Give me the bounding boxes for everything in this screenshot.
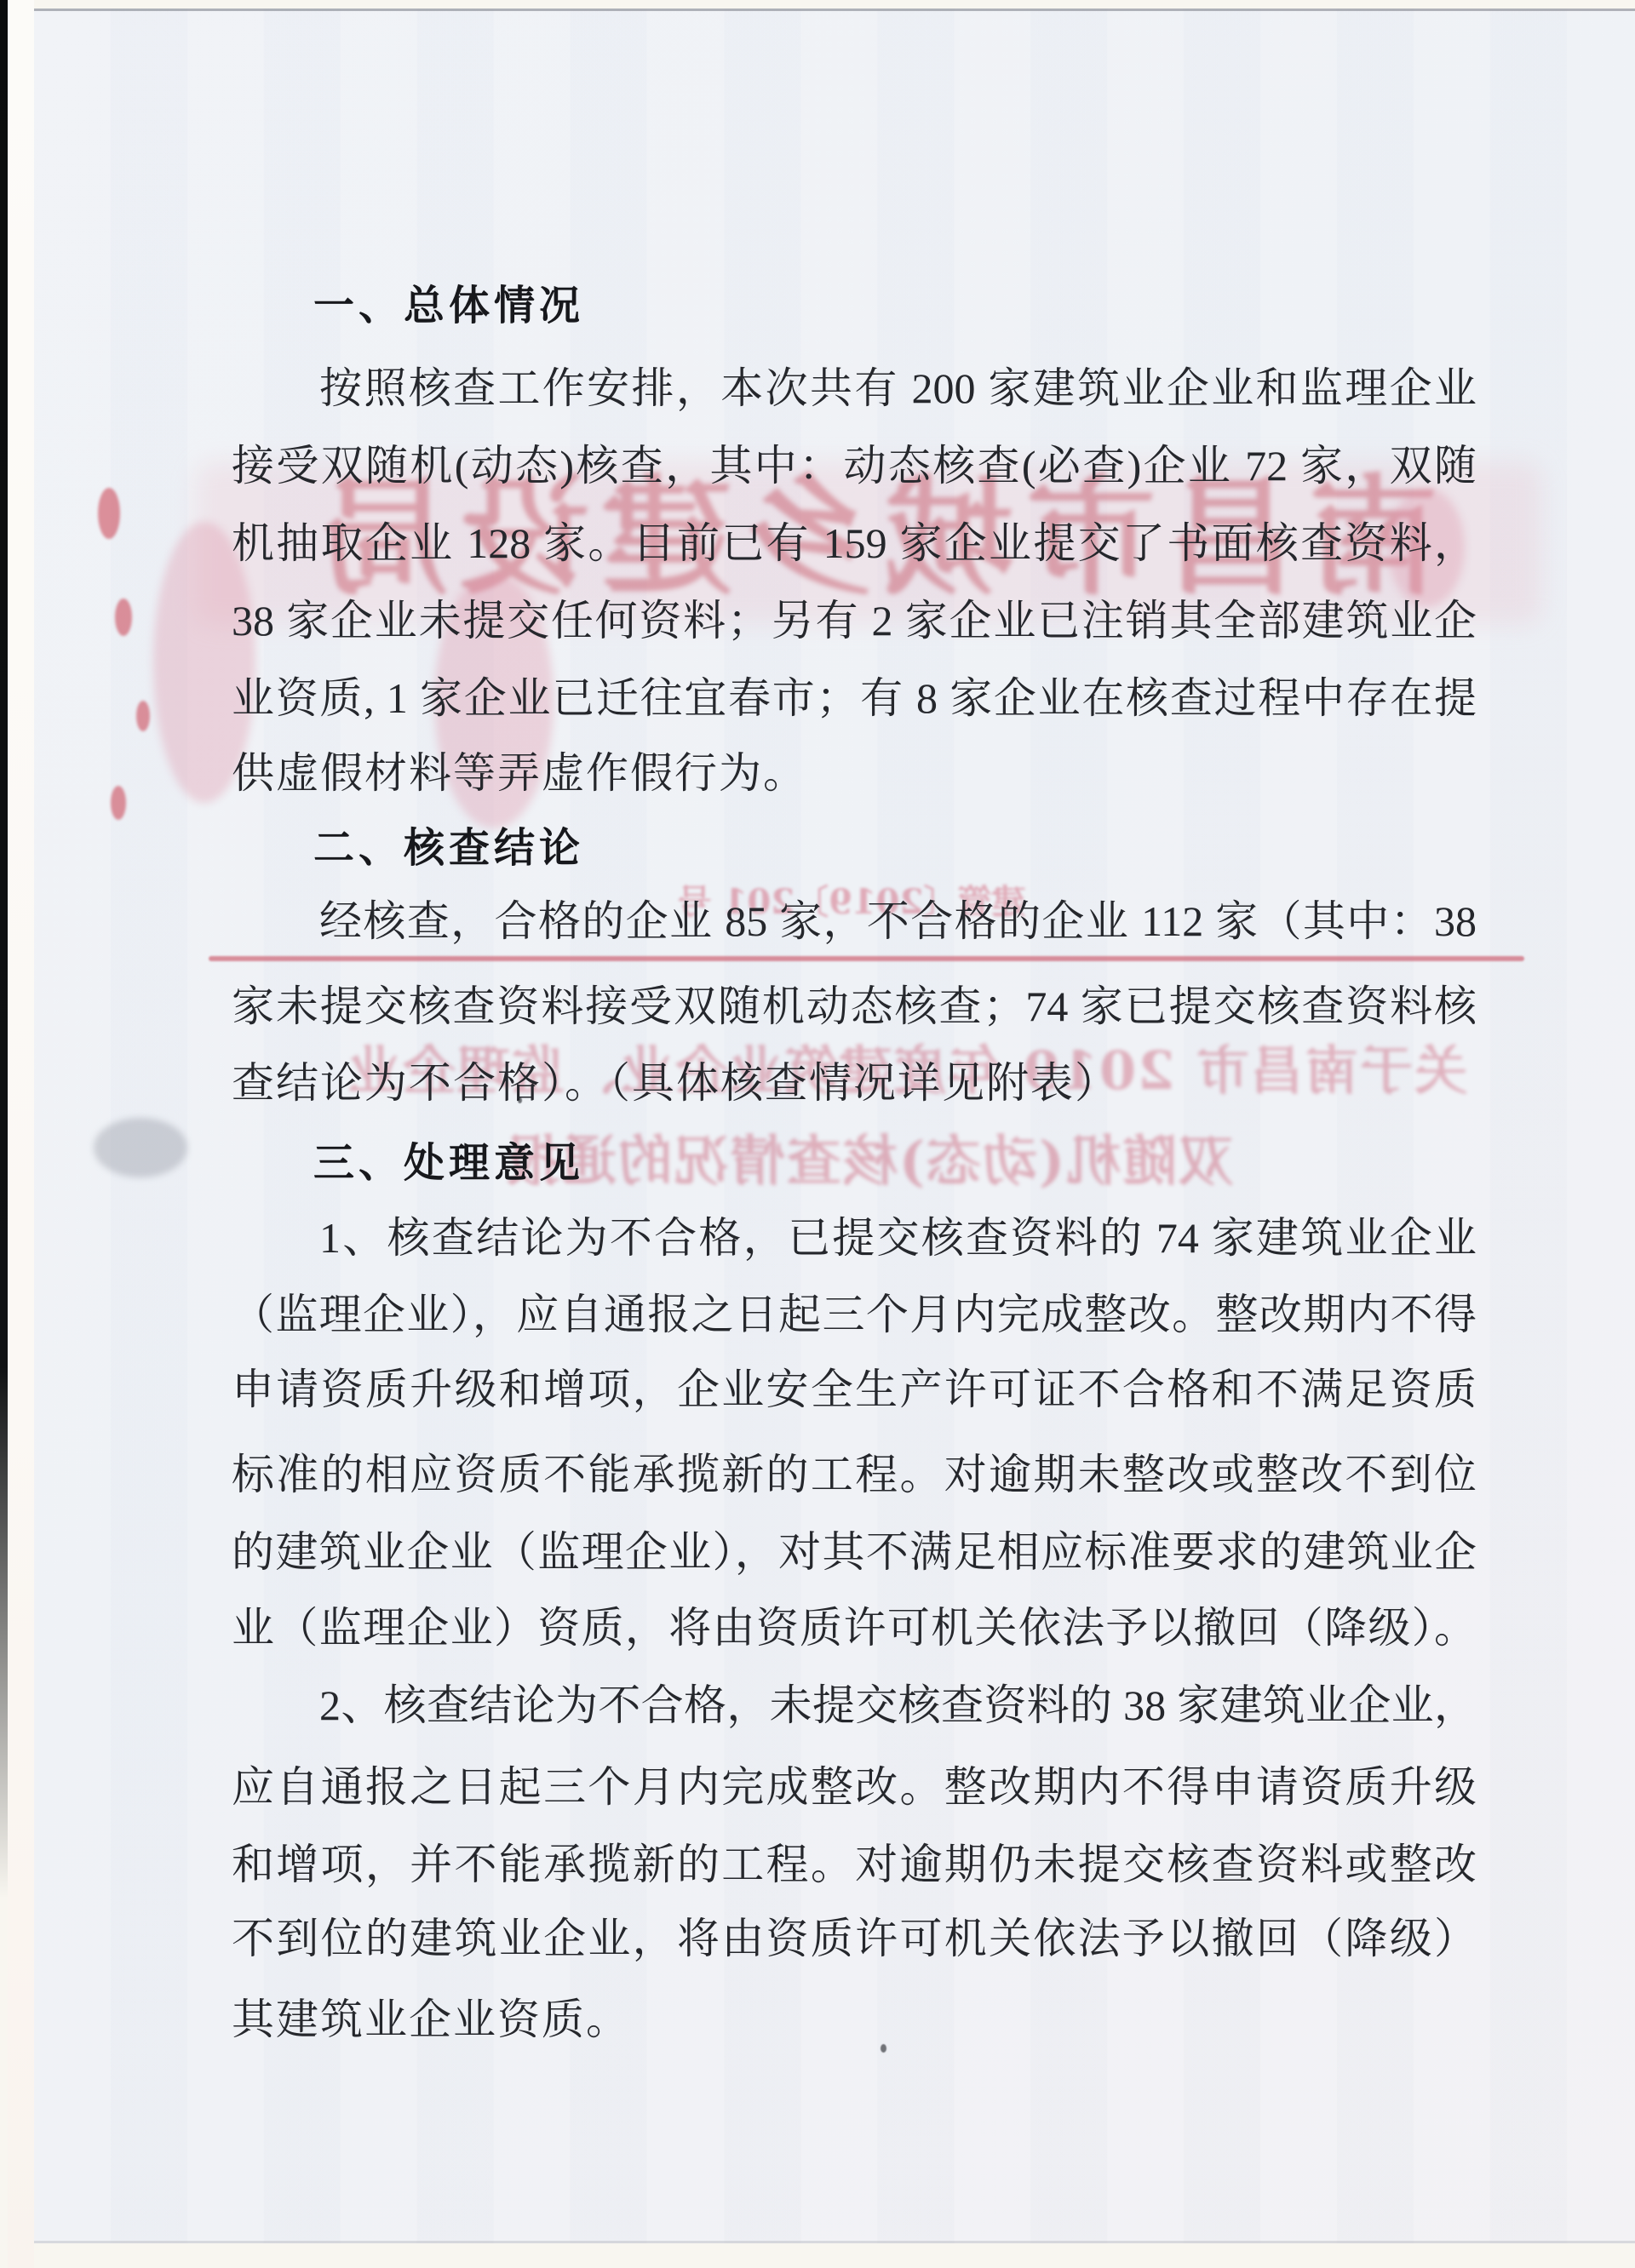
document-line: （监理企业），应自通报之日起三个月内完成整改。整改期内不得 <box>232 1291 1477 1338</box>
paper-page: 南昌市城乡建设局 建管〔2019〕201 号 关于南昌市 2019 年度建筑业企… <box>34 9 1635 2243</box>
red-speck <box>136 701 150 731</box>
document-line: 接受双随机(动态)核查，其中：动态核查(必查)企业 72 家，双随 <box>232 442 1477 490</box>
section-heading: 三、处理意见 <box>313 1139 584 1187</box>
document-line: 供虚假材料等弄虚作假行为。 <box>232 749 807 797</box>
document-line: 1、核查结论为不合格，已提交核查资料的 74 家建筑业企业 <box>319 1214 1477 1262</box>
document-line: 业（监理企业）资质，将由资质许可机关依法予以撤回（降级）。 <box>232 1604 1477 1652</box>
section-heading: 二、核查结论 <box>313 824 584 872</box>
document-line: 按照核查工作安排，本次共有 200 家建筑业企业和监理企业 <box>319 364 1477 412</box>
scan-edge-shadow <box>0 0 8 1899</box>
document-line: 业资质, 1 家企业已迁往宜春市；有 8 家企业在核查过程中存在提 <box>232 674 1477 722</box>
document-line: 经核查，合格的企业 85 家，不合格的企业 112 家（其中：38 <box>319 897 1477 945</box>
scan-gutter <box>8 0 34 2268</box>
red-speck <box>98 488 120 539</box>
document-line: 申请资质升级和增项，企业安全生产许可证不合格和不满足资质 <box>232 1366 1477 1413</box>
section-heading: 一、总体情况 <box>313 282 584 329</box>
document-line: 应自通报之日起三个月内完成整改。整改期内不得申请资质升级 <box>232 1763 1477 1811</box>
red-speck <box>115 598 132 636</box>
document-line: 家未提交核查资料接受双随机动态核查；74 家已提交核查资料核 <box>232 982 1477 1030</box>
document-line: 机抽取企业 128 家。目前已有 159 家企业提交了书面核查资料， <box>232 519 1477 567</box>
document-line: 标准的相应资质不能承揽新的工程。对逾期未整改或整改不到位 <box>232 1451 1477 1498</box>
document-line: 2、核查结论为不合格，未提交核查资料的 38 家建筑业企业， <box>319 1681 1477 1729</box>
red-speck <box>111 786 126 820</box>
document-line: 38 家企业未提交任何资料；另有 2 家企业已注销其全部建筑业企 <box>232 597 1477 644</box>
ink-dot <box>881 2044 886 2053</box>
showthrough-letterhead-rule <box>209 956 1524 961</box>
document-line: 的建筑业企业（监理企业），对其不满足相应标准要求的建筑业企 <box>232 1528 1477 1576</box>
document-line: 其建筑业企业资质。 <box>232 1996 630 2043</box>
document-line: 和增项，并不能承揽新的工程。对逾期仍未提交核查资料或整改 <box>232 1841 1477 1888</box>
scanned-document-screenshot: 南昌市城乡建设局 建管〔2019〕201 号 关于南昌市 2019 年度建筑业企… <box>0 0 1635 2268</box>
document-line: 查结论为不合格）。（具体核查情况详见附表） <box>232 1059 1119 1107</box>
gray-smudge <box>94 1118 187 1177</box>
document-line: 不到位的建筑业企业，将由资质许可机关依法予以撤回（降级） <box>232 1915 1477 1962</box>
